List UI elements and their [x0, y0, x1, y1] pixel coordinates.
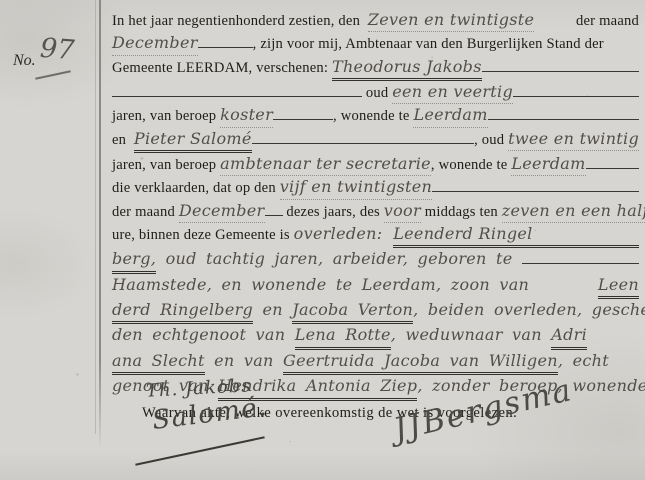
line-spacer [539, 289, 598, 290]
handwritten-name-late-spouse: ana Slecht [112, 350, 205, 375]
handwritten-line: berg, oud tachtig jaren, arbeider, gebor… [112, 248, 639, 273]
act-number-label: No. [13, 52, 36, 70]
handwritten-entry: Haamstede, en wonende te Leerdam, zoon v… [112, 274, 539, 296]
blank-fill-line [586, 166, 639, 169]
handwritten-name-declarant-2: Pieter Salomé [134, 128, 252, 153]
handwritten-entry: , beiden overleden, geschei [413, 299, 645, 321]
handwritten-entry: den echtgenoot van [112, 324, 295, 346]
death-certificate-scan: No. 97 In het jaar negentienhonderd zest… [0, 0, 645, 480]
form-line: die verklaarden, dat op den vijf en twin… [112, 176, 639, 199]
handwritten-entry-age: twee en twintig [508, 128, 639, 151]
form-line: December , zijn voor mij, Ambtenaar van … [112, 32, 639, 55]
handwritten-name-late-spouse-2: Geertruida Jacoba van Willigen [283, 350, 558, 375]
handwritten-name-deceased: Leenderd Ringel [393, 223, 639, 248]
handwritten-entry-month: December [112, 32, 198, 55]
signature-flourish [135, 436, 265, 465]
margin-rule [99, 0, 101, 450]
form-line: ure, binnen deze Gemeente is overleden: … [112, 223, 639, 248]
handwritten-name-mother: Jacoba Verton [292, 299, 413, 324]
act-text-block: In het jaar negentienhonderd zestien, de… [112, 9, 639, 424]
form-line: jaren, van beroep koster , wonende te Le… [112, 104, 639, 127]
form-line: der maand December dezes jaars, des voor… [112, 200, 639, 223]
handwritten-line: ana Slecht en van Geertruida Jacoba van … [112, 350, 639, 375]
printed-text: die verklaarden, dat op den [112, 177, 280, 199]
act-number-value: 97 [39, 33, 75, 66]
handwritten-entry: en van [205, 350, 283, 372]
blank-fill-line [273, 117, 333, 120]
blank-fill-line [513, 94, 639, 97]
form-line: Gemeente LEERDAM, verschenen: Theodorus … [112, 56, 639, 81]
printed-text: der maand [572, 10, 639, 32]
printed-text: middags ten [421, 201, 502, 223]
form-line: jaren, van beroep ambtenaar ter secretar… [112, 153, 639, 176]
printed-text: Gemeente LEERDAM, verschenen: [112, 57, 332, 79]
margin-rule-faint [95, 0, 96, 434]
form-line: In het jaar negentienhonderd zestien, de… [112, 9, 639, 32]
handwritten-entry-hour: zeven en een half [502, 200, 645, 223]
blank-fill-line [265, 213, 283, 216]
handwritten-entry: en [253, 299, 292, 321]
handwritten-entry-residence: Leerdam [413, 104, 487, 127]
handwritten-line: derd Ringelberg en Jacoba Verton , beide… [112, 299, 639, 324]
printed-text: jaren, van beroep [112, 154, 220, 176]
blank-fill-line [488, 117, 639, 120]
blank-fill-line [198, 45, 253, 48]
handwritten-entry: overleden: [294, 223, 394, 245]
handwritten-entry-age: een en veertig [392, 81, 513, 104]
handwritten-entry-occupation: ambtenaar ter secretarie [220, 153, 431, 176]
handwritten-name-ex-spouse: Lena Rotte [295, 324, 391, 349]
printed-text: jaren, van beroep [112, 105, 220, 127]
printed-text: , wonende te [333, 105, 413, 127]
handwritten-entry-death-month: December [179, 200, 265, 223]
form-line: en Pieter Salomé , oud twee en twintig [112, 128, 639, 153]
handwritten-line: Haamstede, en wonende te Leerdam, zoon v… [112, 274, 639, 299]
handwritten-entry: , weduwnaar van [391, 324, 551, 346]
blank-fill-line [252, 141, 474, 144]
handwritten-entry-residence: Leerdam [511, 153, 585, 176]
handwritten-name-deceased: berg, [112, 248, 156, 273]
handwritten-name-father: Leen [598, 274, 639, 299]
blank-fill-line [522, 261, 639, 264]
printed-text: oud [362, 82, 392, 104]
handwritten-entry-death-day: vijf en twintigsten [280, 176, 432, 199]
printed-text: ure, binnen deze Gemeente is [112, 224, 294, 246]
printed-text: dezes jaars, des [283, 201, 384, 223]
act-number-underline [35, 70, 71, 79]
printed-text: , zijn voor mij, Ambtenaar van den Burge… [253, 33, 604, 55]
printed-text: In het jaar negentienhonderd zestien, de… [112, 10, 368, 32]
printed-text: der maand [112, 201, 179, 223]
handwritten-name-declarant-1: Theodorus Jakobs [332, 56, 482, 81]
blank-fill-line [432, 189, 639, 192]
blank-fill-line [482, 69, 639, 72]
blank-fill-line [112, 94, 362, 97]
handwritten-entry-day: Zeven en twintigste [368, 9, 535, 32]
handwritten-entry: oud tachtig jaren, arbeider, geboren te [156, 248, 522, 270]
handwritten-name-father: derd Ringelberg [112, 299, 253, 324]
line-spacer [534, 24, 572, 25]
handwritten-entry-ampm: voor [384, 200, 421, 223]
handwritten-line: den echtgenoot van Lena Rotte , weduwnaa… [112, 324, 639, 349]
handwritten-entry-occupation: koster [220, 104, 273, 127]
printed-text: en [112, 129, 134, 151]
handwritten-name-late-spouse: Adri [551, 324, 587, 349]
form-line: oud een en veertig [112, 81, 639, 104]
printed-text: , oud [474, 129, 508, 151]
printed-text: , wonende te [431, 154, 511, 176]
handwritten-entry: , echt [558, 350, 609, 372]
